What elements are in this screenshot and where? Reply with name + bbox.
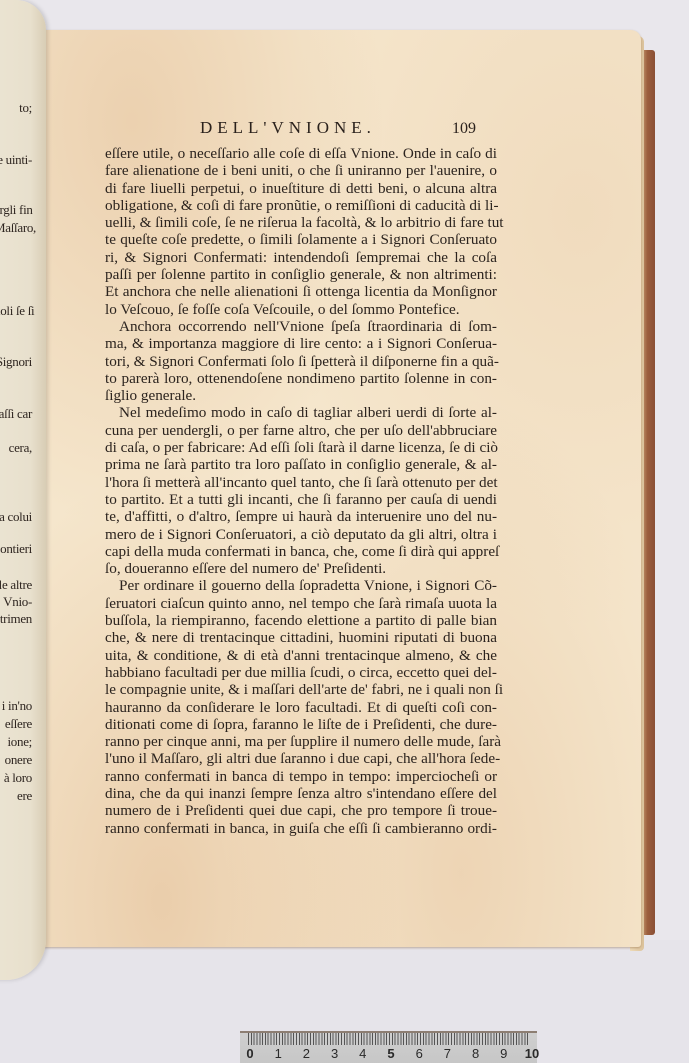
text-line: to partito. Et a tutti gli incanti, che … bbox=[105, 491, 497, 508]
ruler-label: 3 bbox=[331, 1046, 338, 1061]
text-line: paſſi per ſolenne partito in conſiglio g… bbox=[105, 266, 497, 283]
ruler-label: 7 bbox=[444, 1046, 451, 1061]
left-page-text-fragment: Vnio- bbox=[0, 594, 46, 610]
text-line: ditionati come di ſopra, faranno le liſt… bbox=[105, 716, 497, 733]
text-line: Anchora occorrendo nell'Vnione ſpeſa ſtr… bbox=[105, 318, 497, 335]
ruler-label: 2 bbox=[303, 1046, 310, 1061]
left-page-text-fragment: ere bbox=[0, 788, 46, 804]
text-line: di caſa, o per fabricare: Ad eſſi ſoli ſ… bbox=[105, 439, 497, 456]
text-line: cuna per uendergli, o per farne altro, c… bbox=[105, 422, 497, 439]
text-line: tori, & Signori Confermati ſolo ſi ſpett… bbox=[105, 353, 497, 370]
left-page-text-fragment: faſſi car bbox=[0, 406, 46, 422]
body-text: eſſere utile, o neceſſario alle coſe di … bbox=[105, 145, 497, 837]
left-page-text-fragment: uoli ſe ſi bbox=[0, 303, 46, 319]
left-page: to;e uinti-ergli finMaſſaro,uoli ſe ſiSi… bbox=[0, 0, 46, 980]
text-line: te queſte coſe predette, o ſimili ſolame… bbox=[105, 231, 497, 248]
text-line: lo Veſcouo, ſe foſſe coſa Veſcouile, o d… bbox=[105, 301, 497, 318]
left-page-text-fragment: to; bbox=[0, 100, 46, 116]
left-page-text-fragment: ontieri bbox=[0, 541, 46, 557]
ruler-label: 4 bbox=[359, 1046, 366, 1061]
text-line: to parerà loro, ottenendoſene nondimeno … bbox=[105, 370, 497, 387]
ruler-label: 5 bbox=[387, 1046, 394, 1061]
text-line: uelli, & ſimili coſe, ſe ne riſerua la f… bbox=[105, 214, 497, 231]
text-line: ranno per cinque anni, ma per ſupplire i… bbox=[105, 733, 497, 750]
text-line: ma, & importanza maggiore di lire cento:… bbox=[105, 335, 497, 352]
left-page-text-fragment: le altre bbox=[0, 577, 46, 593]
text-line: Nel medeſimo modo in caſo di tagliar alb… bbox=[105, 404, 497, 421]
text-line: l'hora ſi metterà all'incanto quel tanto… bbox=[105, 474, 497, 491]
text-line: ſiglio generale. bbox=[105, 387, 497, 404]
left-page-text-fragment: ione; bbox=[0, 734, 46, 750]
left-page-text-fragment: Maſſaro, bbox=[0, 220, 46, 236]
text-line: di fare liuelli perpetui, o inueſtiture … bbox=[105, 180, 497, 197]
left-page-text-fragment: cera, bbox=[0, 440, 46, 456]
scale-ruler: 012345678910 bbox=[240, 1031, 537, 1063]
left-page-text-fragment: e uinti- bbox=[0, 152, 46, 168]
text-line: le compagnie unite, & i maſſari dell'art… bbox=[105, 681, 497, 698]
text-line: ranno confermati in banca, in guiſa che … bbox=[105, 820, 497, 837]
text-line: fare alienatione de i beni uniti, o che … bbox=[105, 162, 497, 179]
ruler-ticks bbox=[248, 1033, 530, 1045]
left-page-text-fragment: à loro bbox=[0, 770, 46, 786]
ruler-label: 6 bbox=[416, 1046, 423, 1061]
page-number: 109 bbox=[452, 120, 476, 138]
ruler-label: 1 bbox=[275, 1046, 282, 1061]
ruler-label: 8 bbox=[472, 1046, 479, 1061]
left-page-text-fragment: trimen bbox=[0, 611, 46, 627]
left-page-text-fragment: eſſere bbox=[0, 716, 46, 732]
text-line: habbiano facultadi per due millia ſcudi,… bbox=[105, 664, 497, 681]
left-page-text-fragment: onere bbox=[0, 752, 46, 768]
text-line: ri, & Signori Confermati: intendendoſi ſ… bbox=[105, 249, 497, 266]
ruler-label: 10 bbox=[525, 1046, 539, 1061]
text-line: uita, & conditione, & di età d'anni tren… bbox=[105, 647, 497, 664]
left-page-text-fragment: i in'no bbox=[0, 698, 46, 714]
left-page-text-fragment: ergli fin bbox=[0, 202, 46, 218]
text-line: che, & nere di trentacinque cittadini, h… bbox=[105, 629, 497, 646]
text-line: ſeruatori ciaſcun quinto anno, nel tempo… bbox=[105, 595, 497, 612]
text-line: eſſere utile, o neceſſario alle coſe di … bbox=[105, 145, 497, 162]
text-line: capi della muda confermati in banca, che… bbox=[105, 543, 497, 560]
text-line: Per ordinare il gouerno della ſopradetta… bbox=[105, 577, 497, 594]
text-line: dina, che da qui inanzi ſempre ſenza alt… bbox=[105, 785, 497, 802]
text-line: Et anchora che nelle alienationi ſi otte… bbox=[105, 283, 497, 300]
text-line: ſo, doueranno eſſere del numero de' Preſ… bbox=[105, 560, 497, 577]
left-page-text-fragment: a colui bbox=[0, 509, 46, 525]
text-line: hauranno da conſiderare le loro facultad… bbox=[105, 699, 497, 716]
text-line: l'uno il Maſſaro, gli altri due ſaranno … bbox=[105, 750, 497, 767]
text-line: ranno confermati in banca di tempo in te… bbox=[105, 768, 497, 785]
left-page-text-fragment: Signori bbox=[0, 354, 46, 370]
text-line: prima ne ſarà partito tra loro paſſato i… bbox=[105, 456, 497, 473]
ruler-label: 9 bbox=[500, 1046, 507, 1061]
text-line: buſſola, la riempiranno, facendo elettio… bbox=[105, 612, 497, 629]
ruler-label: 0 bbox=[246, 1046, 253, 1061]
text-line: numero de i Preſidenti quei due capi, ch… bbox=[105, 802, 497, 819]
running-head: DELL'VNIONE. bbox=[200, 118, 376, 138]
text-line: te, d'affitti, o d'altro, ſempre ui haur… bbox=[105, 508, 497, 525]
text-line: obligatione, & coſi di fare pronũtie, o … bbox=[105, 197, 497, 214]
text-line: mero de i Signori Conſeruatori, a ciò de… bbox=[105, 526, 497, 543]
